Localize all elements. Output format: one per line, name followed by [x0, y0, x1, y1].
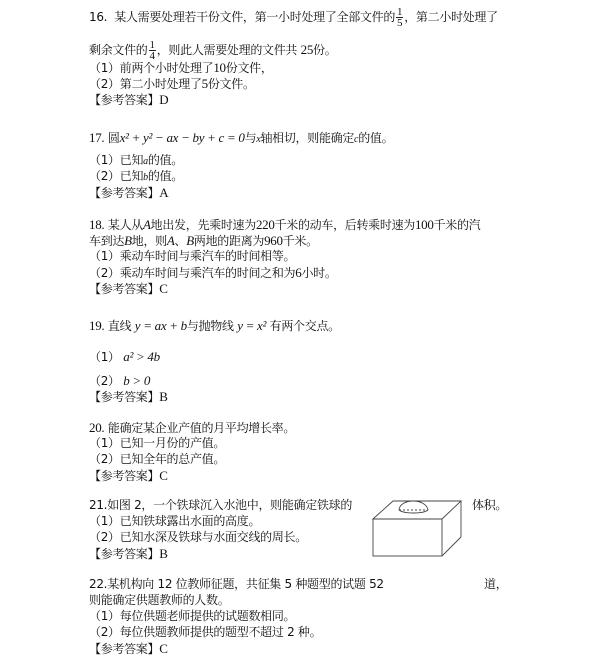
condition-2: （2）每位供题教师提供的题型不超过 2 种。 — [89, 625, 321, 640]
stem-text: 剩余文件的 — [89, 43, 148, 57]
stem-text: 份。 — [313, 43, 336, 57]
number-value: 220 — [256, 217, 275, 232]
stem-text: 轴相切，则能确定 — [260, 131, 354, 145]
stem-text: ，第二小时处理了 — [404, 10, 498, 24]
question-22-stem-line-2: 则能确定供题教师的人数。 — [89, 593, 229, 608]
condition-1: （1）前两个小时处理了10份文件， — [89, 60, 273, 76]
stem-text: 道， — [484, 577, 507, 591]
question-18-stem-line-1: 18. 某人从A地出发，先乘时速为220千米的动车，后转乘时速为100千米的汽 — [89, 217, 480, 233]
condition-text: 小时。 — [301, 266, 336, 280]
condition-2: （2）已知水深及铁球与水面交线的周长。 — [89, 530, 307, 545]
condition-2: （2）已知b的值。 — [89, 169, 183, 185]
stem-text: 圆 — [108, 131, 120, 145]
number-value: 10 — [213, 60, 225, 75]
stem-text: 则能确定供题教师的人数。 — [89, 593, 229, 607]
stem-text: 地出发，先乘时速为 — [151, 218, 256, 232]
fraction-denominator: 5 — [396, 18, 403, 28]
condition-label: （2） — [89, 452, 120, 466]
question-16-stem-line-2: 剩余文件的14，则此人需要处理的文件共 25份。 — [89, 40, 336, 61]
number-value: 25 — [301, 42, 313, 57]
question-21-stem-tail: 体积。 — [472, 498, 507, 513]
condition-text: 前两个小时处理了 — [120, 61, 214, 75]
variable: B — [186, 233, 194, 248]
question-20-stem: 20. 能确定某企业产值的月平均增长率。 — [89, 420, 295, 436]
answer: 【参考答案】C — [89, 281, 168, 297]
question-22-stem-line-1: 22.某机构向 12 位教师征题，共征集 5 种题型的试题 52 — [89, 577, 384, 592]
condition-label: （2） — [89, 530, 120, 544]
condition-text: 已知一月份的产值。 — [120, 436, 225, 450]
condition-1: （1）已知一月份的产值。 — [89, 436, 225, 451]
condition-text: 已知 — [120, 153, 143, 167]
answer-value: C — [159, 468, 167, 483]
condition-label: （1） — [89, 436, 120, 450]
equation: x² + y² − ax − by + c = 0 — [120, 130, 245, 145]
answer-label: 【参考答案】 — [89, 642, 159, 656]
condition-label: （1） — [89, 514, 120, 528]
question-number: 19. — [89, 318, 104, 333]
question-21-stem: 21.如图 2，一个铁球沉入水池中，则能确定铁球的 — [89, 498, 352, 513]
condition-text: 已知铁球露出水面的高度。 — [120, 514, 260, 528]
condition-2: （2）第二小时处理了5份文件。 — [89, 76, 255, 92]
stem-text: 千米的汽 — [434, 218, 481, 232]
equation: y = x² — [237, 318, 266, 333]
answer-value: C — [159, 641, 167, 656]
question-18-stem-line-2: 车到达B地，则A、B两地的距离为960千米。 — [89, 233, 318, 249]
condition-1: （1）每位供题老师提供的试题数相同。 — [89, 609, 295, 624]
condition-text: 已知 — [120, 169, 143, 183]
answer: 【参考答案】A — [89, 185, 168, 201]
stem-text: 与 — [245, 131, 257, 145]
condition-1: （1）已知a的值。 — [89, 153, 183, 169]
stem-text: 车到达 — [89, 234, 124, 248]
stem-text: ，则此人需要处理的文件共 — [157, 43, 297, 57]
answer-value: B — [159, 546, 167, 561]
question-number: 18. — [89, 217, 104, 232]
answer-label: 【参考答案】 — [89, 469, 159, 483]
condition-label: （1） — [89, 61, 120, 75]
stem-text: 能确定某企业产值的月平均增长率。 — [108, 421, 295, 435]
condition-text: 已知全年的总产值。 — [120, 452, 225, 466]
condition-text: 的值。 — [148, 153, 183, 167]
condition-text: 份文件， — [226, 61, 273, 75]
condition-label: （1） — [89, 609, 120, 623]
answer-label: 【参考答案】 — [89, 390, 159, 404]
answer: 【参考答案】C — [89, 641, 168, 657]
variable: B — [124, 233, 132, 248]
condition-text: 的值。 — [148, 169, 183, 183]
number-value: 100 — [415, 217, 434, 232]
equation: y = ax + b — [135, 318, 187, 333]
stem-text: 与抛物线 — [187, 319, 234, 333]
condition-text: 乘动车时间与乘汽车的时间相等。 — [120, 249, 296, 263]
question-number: 21. — [89, 498, 107, 512]
fraction-1-4: 14 — [149, 40, 156, 61]
answer-label: 【参考答案】 — [89, 93, 159, 107]
stem-text: 地，则 — [132, 234, 167, 248]
answer: 【参考答案】B — [89, 389, 168, 405]
condition-2: （2） b > 0 — [89, 373, 150, 389]
stem-text: 如图 2，一个铁球沉入水池中，则能确定铁球的 — [107, 498, 352, 512]
condition-text: 份文件。 — [208, 77, 255, 91]
condition-text: 第二小时处理了 — [120, 77, 202, 91]
condition-text: 已知水深及铁球与水面交线的周长。 — [120, 530, 307, 544]
answer-value: B — [159, 389, 167, 404]
question-number: 16. — [89, 10, 107, 24]
inequality: a² > 4b — [123, 349, 160, 364]
condition-2: （2）已知全年的总产值。 — [89, 452, 225, 467]
condition-label: （1） — [89, 249, 120, 263]
condition-label: （1） — [89, 153, 120, 167]
question-number: 20. — [89, 420, 104, 435]
condition-text: 每位供题教师提供的题型不超过 2 种。 — [120, 625, 322, 639]
question-22-stem-tail: 道， — [484, 577, 507, 592]
stem-text: 某人需要处理若干份文件，第一小时处理了全部文件的 — [114, 10, 395, 24]
condition-1: （1） a² > 4b — [89, 349, 160, 365]
stem-text: 某机构向 12 位教师征题，共征集 5 种题型的试题 52 — [107, 577, 384, 591]
answer-label: 【参考答案】 — [89, 547, 159, 561]
question-number: 17. — [89, 130, 104, 145]
stem-text: 直线 — [108, 319, 131, 333]
condition-1: （1）已知铁球露出水面的高度。 — [89, 514, 260, 529]
box-with-hemisphere-figure — [370, 497, 470, 559]
condition-2: （2）乘动车时间与乘汽车的时间之和为6小时。 — [89, 265, 337, 281]
condition-label: （2） — [89, 266, 120, 280]
stem-text: 的值。 — [358, 131, 393, 145]
condition-text: 乘动车时间与乘汽车的时间之和为 — [120, 266, 296, 280]
condition-label: （2） — [89, 77, 120, 91]
answer: 【参考答案】D — [89, 92, 168, 108]
condition-label: （2） — [89, 169, 120, 183]
answer-label: 【参考答案】 — [89, 186, 159, 200]
question-19-stem: 19. 直线 y = ax + b与抛物线 y = x² 有两个交点。 — [89, 318, 340, 334]
inequality: b > 0 — [123, 373, 150, 388]
stem-text: 某人从 — [108, 218, 143, 232]
condition-text: 每位供题老师提供的试题数相同。 — [120, 609, 296, 623]
question-17-stem: 17. 圆x² + y² − ax − by + c = 0与x轴相切，则能确定… — [89, 130, 393, 147]
stem-text: 千米。 — [283, 234, 318, 248]
condition-1: （1）乘动车时间与乘汽车的时间相等。 — [89, 249, 295, 264]
stem-text: 体积。 — [472, 498, 507, 512]
condition-label: （1） — [89, 350, 120, 364]
variable: A — [143, 217, 151, 232]
condition-label: （2） — [89, 374, 120, 388]
answer-label: 【参考答案】 — [89, 282, 159, 296]
fraction-1-5: 15 — [396, 7, 403, 28]
stem-text: 、 — [175, 234, 187, 248]
variable: A — [167, 233, 175, 248]
answer-value: D — [159, 92, 168, 107]
question-number: 22. — [89, 577, 107, 591]
condition-label: （2） — [89, 625, 120, 639]
stem-text: 千米的动车，后转乘时速为 — [275, 218, 415, 232]
answer: 【参考答案】B — [89, 546, 168, 562]
stem-text: 有两个交点。 — [270, 319, 340, 333]
stem-text: 两地的距离为 — [194, 234, 264, 248]
answer-value: C — [159, 281, 167, 296]
number-value: 960 — [264, 233, 283, 248]
answer-value: A — [159, 185, 168, 200]
question-16-stem-line-1: 16. 某人需要处理若干份文件，第一小时处理了全部文件的15，第二小时处理了 — [89, 7, 498, 28]
answer: 【参考答案】C — [89, 468, 168, 484]
